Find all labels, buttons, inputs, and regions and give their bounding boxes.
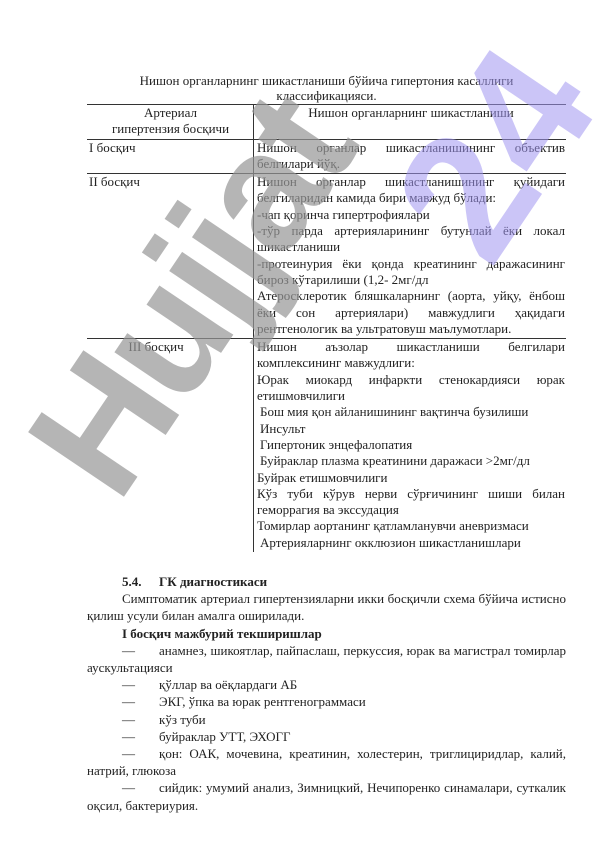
cell-line: Юрак миокард инфаркти стенокардияси юрак: [257, 372, 565, 388]
cell-line: геморрагия ва экссудация: [257, 502, 565, 518]
caption-line-1: Нишон органларнинг шикастланиши бўйича г…: [87, 73, 566, 88]
table-row: III босқич Нишон аъзолар шикастланиши бе…: [87, 339, 566, 552]
exam-item: —кўз туби: [87, 711, 566, 728]
cell-line: Томирлар аортанинг қатламланувчи аневриз…: [257, 518, 565, 534]
exam-item: —буйраклар УТТ, ЭХОГГ: [87, 728, 566, 745]
section-heading: 5.4.ГК диагностикаси: [87, 573, 566, 590]
classification-table: Артериал гипертензия босқичи Нишон орган…: [87, 104, 566, 552]
exam-item: —қон: ОАК, мочевина, креатинин, холестер…: [87, 745, 566, 779]
section-subheading: I босқич мажбурий текширишлар: [87, 625, 566, 642]
damage-cell: Нишон органлар шикастланишининг қуйидаги…: [254, 174, 567, 339]
cell-line: Буйраклар плазма креатинини даражаси >2м…: [257, 453, 565, 469]
cell-line: Нишон аъзолар шикастланиши белгилари: [257, 339, 565, 355]
exam-item-text: қўллар ва оёқлардаги АБ: [159, 677, 297, 692]
exam-item-text: анамнез, шикоятлар, пайпаслаш, перкуссия…: [87, 643, 566, 675]
exam-item: —анамнез, шикоятлар, пайпаслаш, перкусси…: [87, 642, 566, 676]
table-caption: Нишон органларнинг шикастланиши бўйича г…: [87, 73, 566, 103]
damage-cell: Нишон органлар шикастланишининг объектив…: [254, 139, 567, 174]
table-row: I босқич Нишон органлар шикастланишининг…: [87, 139, 566, 174]
header-stage-line-1: Артериал: [89, 105, 252, 121]
exam-item-text: буйраклар УТТ, ЭХОГГ: [159, 729, 291, 744]
dash-bullet: —: [122, 728, 159, 745]
exam-item-text: қон: ОАК, мочевина, креатинин, холестери…: [87, 746, 566, 778]
cell-line: белгиларидан камида бири мавжуд бўлади:: [257, 190, 565, 206]
cell-line: ёки сон артериялари) мавжудлиги ҳақидаги: [257, 305, 565, 321]
cell-line: -протеинурия ёки қонда креатининг даража…: [257, 256, 565, 272]
dash-bullet: —: [122, 711, 159, 728]
section-number: 5.4.: [122, 573, 159, 590]
cell-line: Кўз туби кўрув нерви сўрғичининг шиши би…: [257, 486, 565, 502]
exam-item: —қўллар ва оёқлардаги АБ: [87, 676, 566, 693]
cell-line: Нишон органлар шикастланишининг қуйидаги: [257, 174, 565, 190]
exam-item: —ЭКГ, ўпка ва юрак рентгенограммаси: [87, 693, 566, 710]
damage-cell: Нишон аъзолар шикастланиши белгилари ком…: [254, 339, 567, 552]
stage-cell: I босқич: [87, 139, 254, 174]
stage-cell: III босқич: [87, 339, 254, 552]
caption-line-2: классификацияси.: [87, 88, 566, 103]
cell-line: бироз кўтарилиши (1,2- 2мг/дл: [257, 272, 565, 288]
cell-line: комплексининг мавжудлиги:: [257, 355, 565, 371]
cell-line: белгилари йўқ.: [257, 156, 565, 172]
section-intro: Симптоматик артериал гипертензияларни ик…: [87, 590, 566, 624]
dash-bullet: —: [122, 693, 159, 710]
header-stage: Артериал гипертензия босқичи: [87, 105, 254, 140]
dash-bullet: —: [122, 642, 159, 659]
dash-bullet: —: [122, 779, 159, 796]
table-header-row: Артериал гипертензия босқичи Нишон орган…: [87, 105, 566, 140]
exam-item: —сийдик: умумий анализ, Зимницкий, Нечип…: [87, 779, 566, 813]
table-row: II босқич Нишон органлар шикастланишинин…: [87, 174, 566, 339]
exam-item-text: сийдик: умумий анализ, Зимницкий, Нечипо…: [87, 780, 566, 812]
section-5-4: 5.4.ГК диагностикаси Симптоматик артериа…: [87, 573, 566, 814]
stage-cell: II босқич: [87, 174, 254, 339]
cell-line: -тўр парда артерияларининг бутунлай ёки …: [257, 223, 565, 239]
exam-item-text: ЭКГ, ўпка ва юрак рентгенограммаси: [159, 694, 366, 709]
document-page: Нишон органларнинг шикастланиши бўйича г…: [0, 0, 596, 842]
cell-line: Бош мия қон айланишининг вақтинча бузили…: [257, 404, 565, 420]
cell-line: етишмовчилиги: [257, 388, 565, 404]
header-damage: Нишон органларнинг шикастланиши: [254, 105, 567, 140]
cell-line: Буйрак етишмовчилиги: [257, 470, 565, 486]
cell-line: шикастланиши: [257, 239, 565, 255]
cell-line: -чап қоринча гипертрофиялари: [257, 207, 565, 223]
cell-line: рентгенологик ва ультратовуш маълумотлар…: [257, 321, 565, 337]
dash-bullet: —: [122, 676, 159, 693]
cell-line: Атеросклеротик бляшкаларнинг (аорта, уйқ…: [257, 288, 565, 304]
cell-line: Инсульт: [257, 421, 565, 437]
section-title: ГК диагностикаси: [159, 574, 267, 589]
cell-line: Гипертоник энцефалопатия: [257, 437, 565, 453]
dash-bullet: —: [122, 745, 159, 762]
header-stage-line-2: гипертензия босқичи: [89, 121, 252, 137]
cell-line: Нишон органлар шикастланишининг объектив: [257, 140, 565, 156]
exam-item-text: кўз туби: [159, 712, 206, 727]
cell-line: Артерияларнинг окклюзион шикастланишлари: [257, 535, 565, 551]
